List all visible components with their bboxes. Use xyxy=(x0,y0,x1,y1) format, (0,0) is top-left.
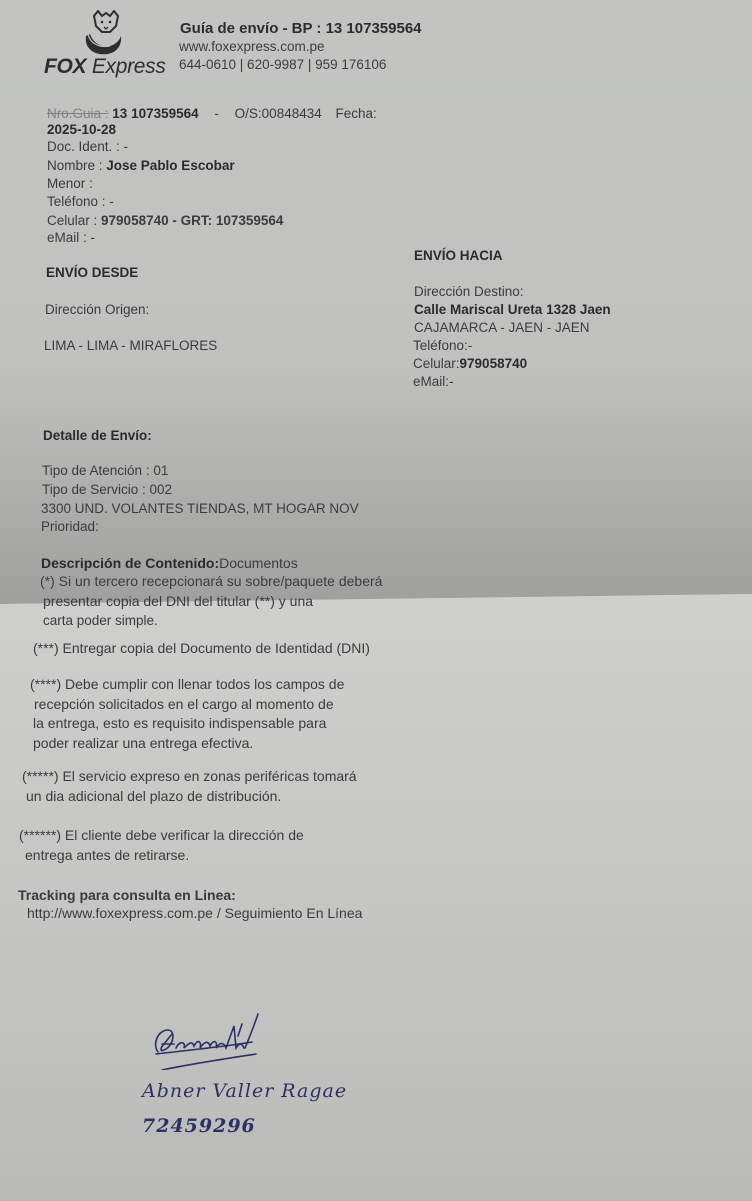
brand-logo: FOX Express xyxy=(44,55,166,79)
fox-head-icon xyxy=(80,10,132,56)
destination-label: Dirección Destino: xyxy=(414,283,524,301)
priority: Prioridad: xyxy=(41,518,99,536)
shipment-items: 3300 UND. VOLANTES TIENDAS, MT HOGAR NOV xyxy=(41,500,359,518)
note-line: presentar copia del DNI del titular (**)… xyxy=(40,592,382,612)
to-heading: ENVÍO HACIA xyxy=(414,247,503,265)
tracking-link[interactable]: http://www.foxexpress.com.pe / Seguimien… xyxy=(27,904,362,924)
signer-dni: 72459296 xyxy=(142,1115,256,1137)
cell-label: Celular : xyxy=(47,213,101,228)
note-line: carta poder simple. xyxy=(40,611,382,631)
email: eMail : - xyxy=(47,229,95,247)
destination-email: eMail:- xyxy=(413,373,454,391)
note-line: (******) El cliente debe verificar la di… xyxy=(19,826,304,846)
content-description: Descripción de Contenido:Documentos xyxy=(41,554,298,574)
note-line: la entrega, esto es requisito indispensa… xyxy=(30,714,344,734)
origin-location: LIMA - LIMA - MIRAFLORES xyxy=(44,337,217,355)
note-line: un dia adicional del plazo de distribuci… xyxy=(22,787,357,807)
date-value: 2025-10-28 xyxy=(47,121,116,139)
attention-type: Tipo de Atención : 01 xyxy=(42,462,168,480)
handwritten-signature-icon xyxy=(150,1008,270,1070)
guide-number: 13 107359564 xyxy=(112,106,198,121)
note-line: (*****) El servicio expreso en zonas per… xyxy=(22,767,357,787)
tracking-heading: Tracking para consulta en Linea: xyxy=(18,886,236,906)
date-label: Fecha: xyxy=(336,106,377,121)
origin-label: Dirección Origen: xyxy=(45,301,149,319)
brand-name: FOX xyxy=(44,55,86,78)
destination-cell-line: Celular:979058740 xyxy=(413,355,527,373)
note-1: (*) Si un tercero recepcionará su sobre/… xyxy=(40,572,382,631)
cell-line: Celular : 979058740 - GRT: 107359564 xyxy=(47,212,283,230)
note-5: (******) El cliente debe verificar la di… xyxy=(19,826,304,865)
website: www.foxexpress.com.pe xyxy=(179,37,325,56)
brand-suffix: Express xyxy=(92,55,166,78)
note-line: (****) Debe cumplir con llenar todos los… xyxy=(30,675,344,695)
destination-cell-label: Celular: xyxy=(413,356,460,371)
destination-location: CAJAMARCA - JAEN - JAEN xyxy=(414,319,590,337)
destination-phone: Teléfono:- xyxy=(413,337,472,355)
note-4: (*****) El servicio expreso en zonas per… xyxy=(22,767,357,806)
customer-name: Jose Pablo Escobar xyxy=(106,158,234,173)
order-service: O/S:00848434 xyxy=(235,106,322,121)
note-3: (****) Debe cumplir con llenar todos los… xyxy=(30,675,344,753)
destination-cell: 979058740 xyxy=(460,356,528,371)
destination-address: Calle Mariscal Ureta 1328 Jaen xyxy=(414,301,611,319)
phone: Teléfono : - xyxy=(47,193,114,211)
name-label: Nombre : xyxy=(47,158,106,173)
content-label: Descripción de Contenido: xyxy=(41,555,219,571)
cell-value: 979058740 - GRT: 107359564 xyxy=(101,213,283,228)
content-value: Documentos xyxy=(219,555,298,571)
phones: 644-0610 | 620-9987 | 959 176106 xyxy=(179,55,386,74)
service-type: Tipo de Servicio : 002 xyxy=(42,481,172,499)
note-2: (***) Entregar copia del Documento de Id… xyxy=(33,639,370,659)
doc-ident: Doc. Ident. : - xyxy=(47,138,128,156)
note-line: recepción solicitados en el cargo al mom… xyxy=(30,695,344,715)
guide-title: Guía de envío - BP : 13 107359564 xyxy=(180,20,422,37)
minor: Menor : xyxy=(47,175,93,193)
detail-heading: Detalle de Envío: xyxy=(43,427,152,445)
from-heading: ENVÍO DESDE xyxy=(46,264,138,282)
note-line: entrega antes de retirarse. xyxy=(19,846,304,866)
note-line: (***) Entregar copia del Documento de Id… xyxy=(33,639,370,659)
note-line: poder realizar una entrega efectiva. xyxy=(30,734,344,754)
signer-name: Abner Valler Ragae xyxy=(142,1080,347,1102)
note-line: (*) Si un tercero recepcionará su sobre/… xyxy=(40,572,382,592)
name-line: Nombre : Jose Pablo Escobar xyxy=(47,157,235,175)
